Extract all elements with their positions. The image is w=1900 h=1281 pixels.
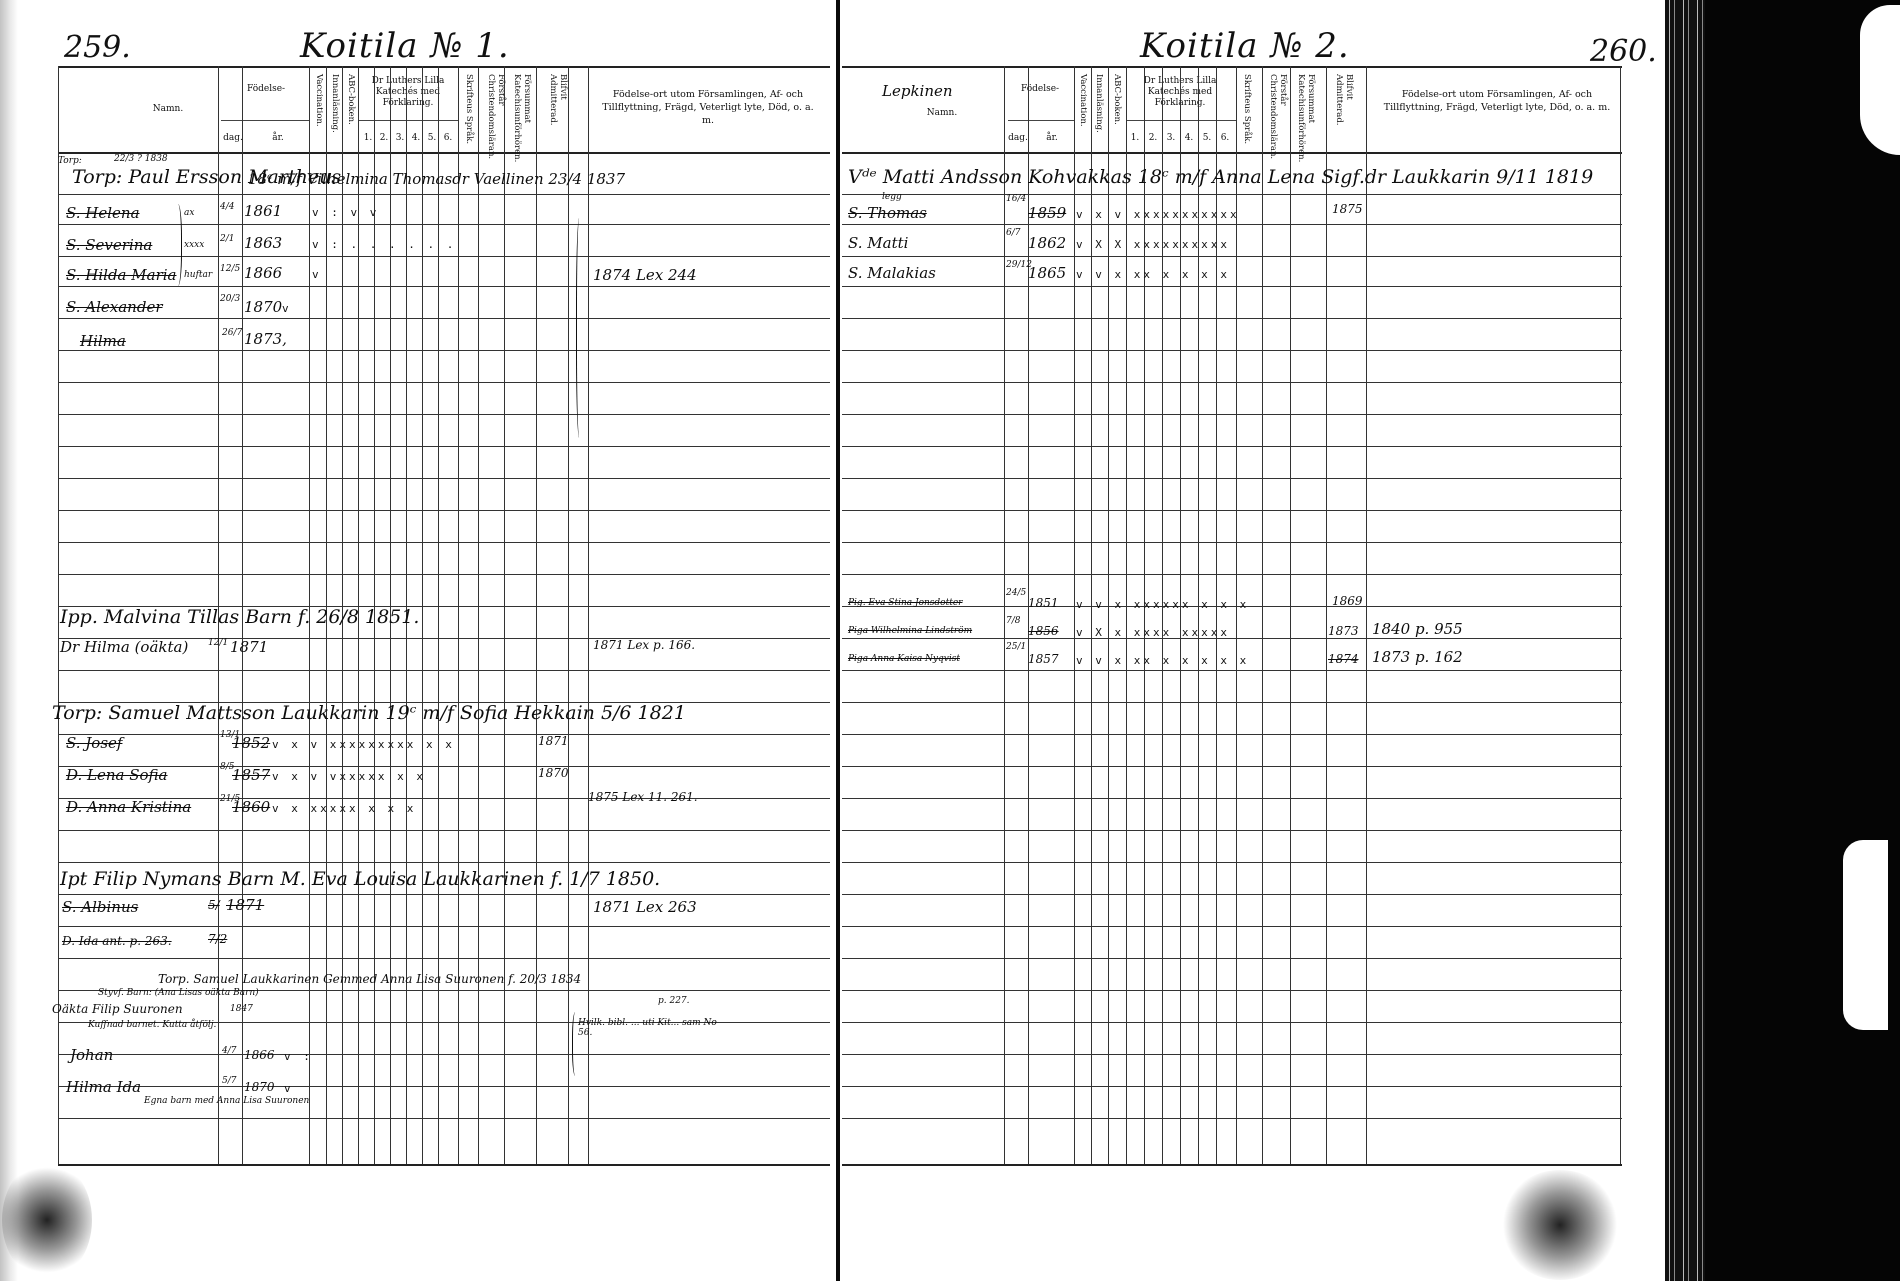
column-rule	[1144, 66, 1145, 1166]
glare-bottom	[1843, 840, 1888, 1030]
column-rule	[1162, 66, 1163, 1166]
row-rule	[842, 414, 1622, 415]
entry-remarks: 1871 Lex p. 166.	[593, 638, 695, 652]
header-remarks: Födelse-ort utom Församlingen, Af- och T…	[1382, 88, 1612, 114]
table-bottom-rule	[58, 1164, 830, 1166]
entry-birth-year: 1871	[226, 896, 264, 914]
entry-marks: v v x xxxxxx x x x	[1076, 598, 1249, 611]
entry-marks: v	[284, 1082, 294, 1095]
row-rule	[842, 510, 1622, 511]
entry-name: S. Josef	[66, 734, 122, 752]
entry-remarks: Hvilk. bibl. ... uti Kit... sam No 56.	[578, 1018, 728, 1038]
entry-admitted: 1874	[1328, 652, 1359, 666]
entry-remarks: p. 227.	[658, 996, 690, 1006]
entry-birth-year: 1859	[1028, 204, 1066, 222]
entry-birth-day: 5/	[208, 898, 220, 912]
register-page-right: Lepkinen Namn. Födelse- dag. år. Vaccina…	[842, 66, 1622, 1186]
header-christendom: Förstår Christendomsläran.	[1266, 74, 1288, 152]
row-rule	[58, 766, 830, 767]
column-rule	[422, 66, 423, 1166]
entry-note: legg	[882, 192, 902, 202]
column-rule	[1216, 66, 1217, 1166]
entry-admitted: 1873	[1328, 624, 1359, 638]
header-catechism-6: 6.	[440, 133, 456, 144]
row-rule	[58, 350, 830, 351]
header-name: Namn.	[882, 108, 1002, 119]
row-rule	[58, 1118, 830, 1119]
entry-marks: v x v xxxxxxxxxxx	[1076, 208, 1240, 221]
column-rule	[1126, 66, 1127, 1166]
entry-note: Kuffnad barnet. Kutta åtfölj.	[88, 1020, 216, 1030]
entry-birth-day: 26/7	[222, 328, 242, 338]
entry-birth-year: 1852	[232, 734, 270, 752]
divider	[1126, 120, 1236, 121]
bracket	[572, 1012, 580, 1076]
entry-birth-year: 1847	[230, 1004, 253, 1014]
column-rule	[438, 66, 439, 1166]
entry-birth-year: 1862	[1028, 234, 1066, 252]
entry-birth-day: 12/1	[208, 638, 228, 648]
entry-name: S. Thomas	[848, 204, 927, 222]
header-neglected: Försummat Katechisunförhören.	[1294, 74, 1316, 152]
row-rule	[58, 194, 830, 195]
entry-birth-year: 1857	[232, 766, 270, 784]
column-rule	[1091, 66, 1092, 1166]
entry-name: S. Alexander	[66, 298, 163, 316]
column-rule	[1028, 66, 1029, 1166]
entry-name: S. Helena	[66, 204, 140, 222]
row-rule	[842, 256, 1622, 257]
entry-margin-mark: huftar	[184, 270, 212, 280]
entry-marks: v X X xxxxxxxxxx	[1076, 238, 1230, 251]
entry-birth-year: 1866	[244, 1048, 275, 1062]
header-reading: Innanläsning.	[1094, 74, 1104, 152]
row-rule	[842, 958, 1622, 959]
row-rule	[842, 734, 1622, 735]
entry-name: Hilma	[80, 332, 126, 350]
row-rule	[58, 1086, 830, 1087]
entry-marks: v	[312, 268, 322, 281]
bracket	[576, 218, 584, 438]
header-writing: Skrifteus Språk.	[1242, 74, 1252, 152]
row-rule	[842, 574, 1622, 575]
entry-birth-day: 12/5	[220, 264, 240, 274]
header-birth-year: år.	[1032, 133, 1072, 144]
column-rule	[1004, 66, 1005, 1166]
column-rule	[504, 66, 505, 1166]
header-birth-day: dag.	[1008, 133, 1028, 144]
column-rule	[1290, 66, 1291, 1166]
row-rule	[842, 798, 1622, 799]
entry-name: D. Anna Kristina	[66, 798, 191, 816]
entry-birth-year: 1860	[232, 798, 270, 816]
header-writing: Skrifteus Språk.	[464, 74, 474, 152]
page-number-left: 259.	[64, 30, 131, 65]
row-rule	[58, 926, 830, 927]
row-rule	[58, 1054, 830, 1055]
entry-birth-year: 1871	[230, 638, 268, 656]
entry-household: Ipp. Malvina Tillas Barn f. 26/8 1851.	[60, 606, 419, 628]
bracket	[172, 204, 182, 286]
entry-birth-day: 5/7	[222, 1076, 236, 1086]
table-header-left: Namn. Födelse- dag. år. Vaccination. Inn…	[58, 66, 830, 154]
glare-top	[1860, 5, 1900, 155]
row-rule	[58, 734, 830, 735]
row-rule	[842, 224, 1622, 225]
entry-name: Piga Wilhelmina Lindström	[848, 626, 972, 636]
row-rule	[58, 958, 830, 959]
header-annotation: Lepkinen	[882, 82, 953, 100]
entry-birth-year: 1857	[1028, 652, 1059, 666]
row-rule	[842, 382, 1622, 383]
column-rule	[458, 66, 459, 1166]
column-rule	[1262, 66, 1263, 1166]
row-rule	[842, 1086, 1622, 1087]
entry-birth-day: 6/7	[1006, 228, 1020, 238]
entry-name: Hilma Ida	[66, 1078, 141, 1096]
entry-name: S. Severina	[66, 236, 152, 254]
header-catechism-4: 4.	[1180, 133, 1198, 144]
stain-bottom-right	[1500, 1170, 1620, 1280]
header-neglected: Försummat Katechisunförhören.	[510, 74, 532, 152]
row-rule	[842, 926, 1622, 927]
entry-remarks: 1875 Lex 11. 261.	[588, 790, 698, 804]
entry-birth-year: 1863	[244, 234, 282, 252]
row-rule	[58, 574, 830, 575]
row-rule	[842, 894, 1622, 895]
column-rule	[1180, 66, 1181, 1166]
header-abc: ABC-boken.	[346, 74, 356, 152]
entry-admitted: 1869	[1332, 594, 1363, 608]
entry-name: D. Ida ant. p. 263.	[62, 934, 172, 948]
entry-birth-year: 1865	[1028, 264, 1066, 282]
entry-birth-day: 7/8	[1006, 616, 1020, 626]
header-birth: Födelse-	[226, 84, 306, 95]
entry-marks: v :	[284, 1050, 313, 1063]
header-admitted: Blifvit Admitterad.	[546, 74, 568, 152]
header-birth-year: år.	[248, 133, 308, 144]
entry-remarks: 1873 p. 162	[1372, 648, 1463, 666]
row-rule	[842, 194, 1622, 195]
entry-birth-day: 4/4	[220, 202, 234, 212]
entry-marks: v	[282, 302, 292, 315]
entry-name: Pig. Eva Stina Jonsdotter	[848, 598, 962, 608]
header-catechism-2: 2.	[1144, 133, 1162, 144]
scan-background-right	[1665, 0, 1900, 1281]
column-rule	[588, 66, 589, 1166]
entry-household: Torp. Samuel Laukkarinen Gemmed Anna Lis…	[158, 972, 581, 986]
page-title-right: Koitila № 2.	[1140, 26, 1350, 66]
entry-birth-year: 1870	[244, 1080, 275, 1094]
table-header-right: Lepkinen Namn. Födelse- dag. år. Vaccina…	[842, 66, 1622, 154]
column-rule	[1236, 66, 1237, 1166]
entry-name: S. Albinus	[62, 898, 138, 916]
row-rule	[842, 286, 1622, 287]
header-name: Namn.	[98, 104, 238, 115]
entry-birth-year: 1873,	[244, 330, 287, 348]
entry-name: S. Malakias	[848, 264, 936, 282]
page-title-left: Koitila № 1.	[300, 26, 510, 66]
entry-note: 22/3 ? 1838	[114, 154, 168, 164]
header-birth: Födelse-	[1010, 84, 1070, 95]
entry-birth-day: 24/5	[1006, 588, 1026, 598]
entry-admitted: 1875	[1332, 202, 1363, 216]
entry-birth-day: 2/1	[220, 234, 234, 244]
table-bottom-rule	[842, 1164, 1622, 1166]
column-rule	[478, 66, 479, 1166]
book-spine	[836, 0, 840, 1281]
entry-marks: 18ᶜ m/f Vilhelmina Thomasdr Vaellinen 23…	[248, 170, 625, 188]
entry-birth-year: 1861	[244, 202, 282, 220]
row-rule	[842, 318, 1622, 319]
row-rule	[842, 670, 1622, 671]
row-rule	[842, 542, 1622, 543]
row-rule	[842, 350, 1622, 351]
divider	[1008, 120, 1074, 121]
entry-remarks: 1840 p. 955	[1372, 620, 1463, 638]
row-rule	[842, 862, 1622, 863]
row-rule	[58, 894, 830, 895]
row-rule	[842, 766, 1622, 767]
entry-marks: v : . . . . . .	[312, 238, 456, 251]
entry-note: Egna barn med Anna Lisa Suuronen	[144, 1096, 309, 1106]
column-rule	[1366, 66, 1367, 1166]
row-rule	[842, 702, 1622, 703]
scan-edge-left	[0, 0, 18, 1281]
entry-name: Piga Anna Kaisa Nyqvist	[848, 654, 960, 664]
entry-marks: v X x xxxx xxxxx	[1076, 626, 1230, 639]
header-reading: Innanläsning.	[330, 74, 340, 152]
entry-household: Torp: Samuel Mattsson Laukkarin 19ᶜ m/f …	[52, 702, 686, 724]
row-rule	[58, 670, 830, 671]
row-rule	[58, 510, 830, 511]
entry-birth-day: 4/7	[222, 1046, 236, 1056]
row-rule	[58, 382, 830, 383]
entry-name: S. Matti	[848, 234, 908, 252]
entry-household-label: Torp:	[58, 156, 82, 166]
header-catechism-6: 6.	[1216, 133, 1234, 144]
row-rule	[842, 478, 1622, 479]
divider	[358, 120, 458, 121]
entry-name: Johan	[70, 1046, 113, 1064]
row-rule	[842, 1022, 1622, 1023]
entry-admitted: 1871	[538, 734, 569, 748]
row-rule	[842, 446, 1622, 447]
entry-household: Ipt Filip Nymans Barn M. Eva Louisa Lauk…	[60, 868, 660, 890]
header-vaccination: Vaccination.	[1078, 74, 1088, 152]
entry-name: S. Hilda Maria	[66, 266, 176, 284]
column-rule	[536, 66, 537, 1166]
entry-marks: v x v vxxxxx x x	[272, 770, 426, 783]
page-number-right: 260.	[1590, 34, 1657, 69]
entry-birth-day: 25/1	[1006, 642, 1026, 652]
divider	[221, 120, 309, 121]
header-catechism-3: 3.	[1162, 133, 1180, 144]
entry-marks: v x v xxxxxxxxx x x	[272, 738, 455, 751]
header-abc: ABC-boken.	[1112, 74, 1122, 152]
entry-birth-day: 7/2	[208, 932, 227, 946]
entry-margin-mark: ax	[184, 208, 194, 218]
entry-birth-year: 1866	[244, 264, 282, 282]
entry-birth-year: 1870	[244, 298, 282, 316]
row-rule	[58, 542, 830, 543]
column-rule	[568, 66, 569, 1166]
header-vaccination: Vaccination.	[314, 74, 324, 152]
row-rule	[58, 414, 830, 415]
entry-birth-day: 16/4	[1006, 194, 1026, 204]
column-rule	[1620, 66, 1621, 1166]
entry-birth-year: 1856	[1028, 624, 1059, 638]
entry-birth-year: 1851	[1028, 596, 1059, 610]
header-christendom: Förstår Christendomsläran.	[484, 74, 506, 152]
row-rule	[58, 286, 830, 287]
entry-name: Dr Hilma (oäkta)	[60, 638, 188, 656]
page-edges	[1665, 0, 1705, 1281]
row-rule	[842, 638, 1622, 639]
entry-marks: v : v v	[312, 206, 379, 219]
column-rule	[1326, 66, 1327, 1166]
row-rule	[58, 318, 830, 319]
header-catechism-1: 1.	[1126, 133, 1144, 144]
column-rule	[1108, 66, 1109, 1166]
entry-marks: v v x xx x x x x x	[1076, 654, 1249, 667]
column-rule	[58, 66, 59, 1166]
entry-name: D. Lena Sofia	[66, 766, 168, 784]
entry-margin-mark: xxxx	[184, 240, 204, 250]
entry-name: Oäkta Filip Suuronen	[52, 1002, 183, 1016]
column-rule	[1198, 66, 1199, 1166]
header-admitted: Blifvit Admitterad.	[1332, 74, 1354, 152]
entry-note: Styvf. Barn: (Ana Lisas oäkta Barn)	[98, 988, 259, 998]
entry-remarks: 1871 Lex 263	[593, 898, 697, 916]
header-remarks: Födelse-ort utom Församlingen, Af- och T…	[598, 88, 818, 127]
entry-head-of-household: Vᵈᵉ Matti Andsson Kohvakkas 18ᶜ m/f Anna…	[848, 166, 1593, 188]
row-rule	[842, 1054, 1622, 1055]
column-rule	[1074, 66, 1075, 1166]
row-rule	[58, 478, 830, 479]
row-rule	[58, 446, 830, 447]
row-rule	[58, 830, 830, 831]
entry-birth-day: 20/3	[220, 294, 240, 304]
row-rule	[842, 1118, 1622, 1119]
entry-admitted: 1870	[538, 766, 569, 780]
row-rule	[58, 862, 830, 863]
row-rule	[842, 830, 1622, 831]
row-rule	[842, 990, 1622, 991]
register-page-left: Namn. Födelse- dag. år. Vaccination. Inn…	[58, 66, 830, 1186]
entry-remarks: 1874 Lex 244	[593, 266, 697, 284]
entry-marks: v x xxxxx x x x	[272, 802, 416, 815]
header-catechism-5: 5.	[1198, 133, 1216, 144]
entry-marks: v v x xx x x x x	[1076, 268, 1230, 281]
